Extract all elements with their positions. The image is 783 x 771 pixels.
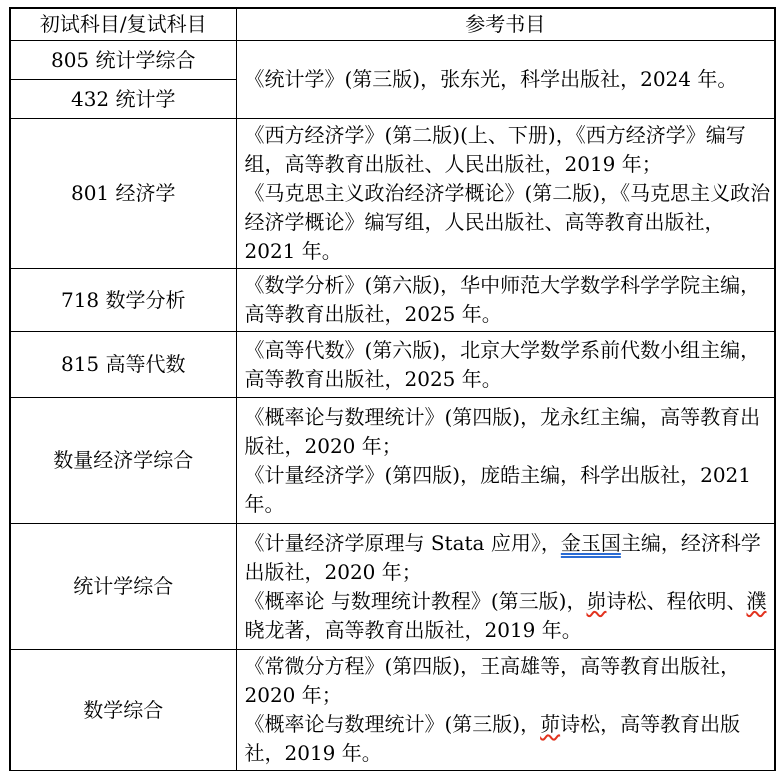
book-entry: 《计量经济学原理与 Stata 应用》，金玉国主编，经济科学出版社，2020 年… xyxy=(245,529,772,587)
reference-cell-advanced-algebra: 《高等代数》(第六版)，北京大学数学系前代数小组主编，高等教育出版社，2025 … xyxy=(236,332,775,398)
header-references-cell: 参考书目 xyxy=(236,8,775,41)
subject-cell-432: 432 统计学 xyxy=(10,80,236,119)
book-entry: 《概率论与数理统计》(第三版)，茆诗松，高等教育出版社，2019 年。 xyxy=(245,710,772,768)
book-text: 《概率论 与数理统计教程》(第三版)， xyxy=(245,589,587,613)
header-subjects-cell: 初试科目/复试科目 xyxy=(10,8,236,41)
table-header-row: 初试科目/复试科目 参考书目 xyxy=(10,8,775,41)
book-entry: 《常微分方程》(第四版)，王高雄等，高等教育出版社，2020 年； xyxy=(245,652,772,710)
spellcheck-underlined-text: 茆 xyxy=(540,712,560,736)
book-text: 《计量经济学原理与 Stata 应用》， xyxy=(245,531,561,555)
book-text: 诗松、程依明、 xyxy=(606,589,746,613)
reference-cell-math-comprehensive: 《常微分方程》(第四版)，王高雄等，高等教育出版社，2020 年； 《概率论与数… xyxy=(236,650,775,771)
book-entry: 《马克思主义政治经济学概论》(第二版)，《马克思主义政治经济学概论》编写组，人民… xyxy=(245,179,772,266)
subject-cell-801: 801 经济学 xyxy=(10,119,236,269)
book-entry: 《概率论与数理统计》(第四版)，龙永红主编，高等教育出版社，2020 年； xyxy=(245,403,772,461)
subject-cell-815: 815 高等代数 xyxy=(10,332,236,398)
grammar-check-underlined-text: 金玉国 xyxy=(561,531,621,555)
table-row: 统计学综合 《计量经济学原理与 Stata 应用》，金玉国主编，经济科学出版社，… xyxy=(10,524,775,650)
table-row: 801 经济学 《西方经济学》(第二版)(上、下册)，《西方经济学》编写组，高等… xyxy=(10,119,775,269)
book-entry: 《计量经济学》(第四版)，庞皓主编，科学出版社，2021 年。 xyxy=(245,461,772,519)
reference-cell-statistics: 《统计学》(第三版)，张东光，科学出版社，2024 年。 xyxy=(236,41,775,119)
table-row: 815 高等代数 《高等代数》(第六版)，北京大学数学系前代数小组主编，高等教育… xyxy=(10,332,775,398)
book-entry: 《高等代数》(第六版)，北京大学数学系前代数小组主编，高等教育出版社，2025 … xyxy=(245,336,772,394)
book-entry: 《概率论 与数理统计教程》(第三版)，峁诗松、程依明、濮晓龙著，高等教育出版社，… xyxy=(245,587,772,645)
reference-books-table: 初试科目/复试科目 参考书目 805 统计学综合 《统计学》(第三版)，张东光，… xyxy=(9,7,776,771)
book-entry: 《统计学》(第三版)，张东光，科学出版社，2024 年。 xyxy=(245,65,772,94)
spellcheck-underlined-text: 濮 xyxy=(746,589,766,613)
book-entry: 《数学分析》(第六版)，华中师范大学数学科学学院主编，高等教育出版社，2025 … xyxy=(245,271,772,329)
book-text: 晓龙著，高等教育出版社，2019 年。 xyxy=(245,618,582,642)
subject-cell-805: 805 统计学综合 xyxy=(10,41,236,80)
book-entry: 《西方经济学》(第二版)(上、下册)，《西方经济学》编写组，高等教育出版社、人民… xyxy=(245,121,772,179)
subject-cell-statistics-comprehensive: 统计学综合 xyxy=(10,524,236,650)
reference-cell-quantitative-economics: 《概率论与数理统计》(第四版)，龙永红主编，高等教育出版社，2020 年； 《计… xyxy=(236,398,775,524)
document-page: 初试科目/复试科目 参考书目 805 统计学综合 《统计学》(第三版)，张东光，… xyxy=(0,0,783,771)
spellcheck-underlined-text: 峁 xyxy=(586,589,606,613)
table-row: 数学综合 《常微分方程》(第四版)，王高雄等，高等教育出版社，2020 年； 《… xyxy=(10,650,775,771)
subject-cell-718: 718 数学分析 xyxy=(10,269,236,332)
reference-cell-economics: 《西方经济学》(第二版)(上、下册)，《西方经济学》编写组，高等教育出版社、人民… xyxy=(236,119,775,269)
subject-cell-math-comprehensive: 数学综合 xyxy=(10,650,236,771)
table-row: 数量经济学综合 《概率论与数理统计》(第四版)，龙永红主编，高等教育出版社，20… xyxy=(10,398,775,524)
reference-cell-statistics-comprehensive: 《计量经济学原理与 Stata 应用》，金玉国主编，经济科学出版社，2020 年… xyxy=(236,524,775,650)
reference-cell-math-analysis: 《数学分析》(第六版)，华中师范大学数学科学学院主编，高等教育出版社，2025 … xyxy=(236,269,775,332)
book-text: 《概率论与数理统计》(第三版)， xyxy=(245,712,541,736)
subject-cell-quantitative-economics: 数量经济学综合 xyxy=(10,398,236,524)
table-row: 805 统计学综合 《统计学》(第三版)，张东光，科学出版社，2024 年。 xyxy=(10,41,775,80)
table-row: 718 数学分析 《数学分析》(第六版)，华中师范大学数学科学学院主编，高等教育… xyxy=(10,269,775,332)
